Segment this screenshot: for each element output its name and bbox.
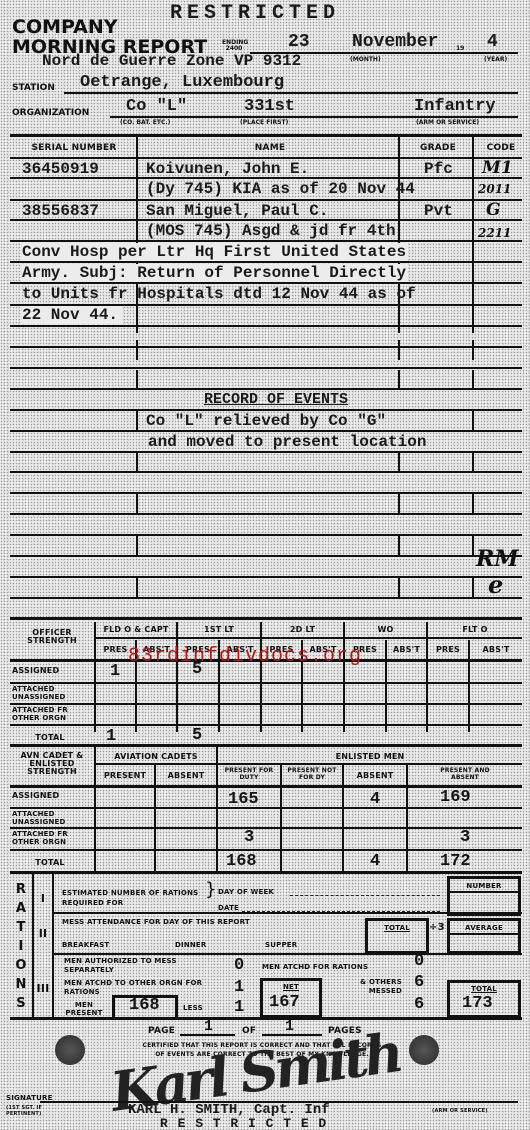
enlisted-total-total: 172 <box>440 852 471 871</box>
section-rule <box>10 871 522 874</box>
col-divider <box>472 494 474 514</box>
day-of-week-label: DAY OF WEEK <box>218 888 274 896</box>
average-box: AVERAGE <box>447 918 521 954</box>
row-rule <box>10 807 522 809</box>
row-rule <box>10 367 522 369</box>
group-rule <box>96 637 522 639</box>
side-letter: O <box>14 956 28 975</box>
col-divider <box>136 578 138 598</box>
company-value: Co "L" <box>126 97 187 116</box>
men-present-value: 168 <box>129 996 160 1015</box>
row-rule <box>10 703 522 705</box>
row-label-attached-unassigned: ATTACHED UNASSIGNED <box>12 810 88 826</box>
station-label: STATION <box>12 83 55 93</box>
officer-total-1stlt-pres: 5 <box>192 726 202 745</box>
number-label: NUMBER <box>450 882 518 890</box>
row-label-total: TOTAL <box>30 859 70 867</box>
col-divider <box>154 765 156 871</box>
ration-total-box: TOTAL 173 <box>447 980 521 1018</box>
box-rule <box>450 933 518 935</box>
col-divider <box>398 494 400 514</box>
code: 2211 <box>478 226 511 240</box>
watermark: 83rdinfdivdocs.org <box>128 645 362 668</box>
col-header-serial: SERIAL NUMBER <box>14 144 134 152</box>
form-title-line1: COMPANY <box>12 16 118 38</box>
less-label: LESS <box>183 1004 203 1012</box>
enlisted-attached-present-duty: 3 <box>244 828 254 847</box>
enlisted-total-present-duty: 168 <box>226 852 257 871</box>
signature-sub: (1ST SGT. IF PERTINENT) <box>6 1105 64 1117</box>
col-present-and-absent: PRESENT AND ABSENT <box>430 767 500 781</box>
row-rule <box>10 471 522 473</box>
section-iii-numeral: III <box>34 985 52 993</box>
col-divider <box>398 578 400 598</box>
plus-value: 6 <box>414 995 424 1014</box>
record-of-events-line: and moved to present location <box>148 433 426 451</box>
row-rule <box>10 682 522 684</box>
code: 2011 <box>478 182 511 196</box>
col-header-code: CODE <box>478 144 524 152</box>
total-box: TOTAL <box>365 918 429 954</box>
row-rule <box>10 388 522 390</box>
net-label: NET <box>263 983 319 991</box>
section-rule <box>10 617 522 620</box>
row-rule <box>10 409 522 411</box>
row-rule <box>10 261 522 263</box>
atchd-for-rations-value: 0 <box>414 952 424 971</box>
report-year: 4 <box>487 32 498 52</box>
row-rule <box>10 325 522 327</box>
handwritten-initials: RM <box>476 546 519 572</box>
col-divider <box>472 578 474 598</box>
mess-separately-label: MEN AUTHORIZED TO MESS SEPARATELY <box>64 957 214 975</box>
report-month: November <box>352 32 438 52</box>
col-divider <box>136 453 138 473</box>
arm-value: Infantry <box>414 97 496 116</box>
group-enlisted-men: ENLISTED MEN <box>218 753 522 761</box>
col-divider <box>136 494 138 514</box>
col-divider <box>398 453 400 473</box>
row-rule <box>10 724 522 726</box>
men-present-label: MEN PRESENT <box>60 1001 108 1017</box>
officer-group-2d-lt: 2D LT <box>262 626 343 634</box>
col-divider <box>94 747 96 871</box>
enlisted-strength-title: AVN CADET & ENLISTED STRENGTH <box>12 752 92 776</box>
breakfast-label: BREAKFAST <box>62 941 109 949</box>
row-rule <box>10 534 522 536</box>
enlisted-total-absent: 4 <box>370 852 380 871</box>
side-letter: N <box>14 975 28 994</box>
atchd-for-rations-label: MEN ATCHD FOR RATIONS <box>262 963 368 971</box>
less-value: 1 <box>234 998 244 1017</box>
col-absent: ABSENT <box>344 772 406 780</box>
side-letter: R <box>14 880 28 899</box>
punch-hole-left <box>55 1035 85 1065</box>
dinner-label: DINNER <box>175 941 207 949</box>
col-divider <box>280 765 282 871</box>
organization-label: ORGANIZATION <box>12 108 89 118</box>
remark: (MOS 745) Asgd & jd fr 4th <box>146 222 396 240</box>
station-value: Oetrange, Luxembourg <box>80 73 284 92</box>
signer-caption: (ARM OR SERVICE) <box>432 1107 488 1115</box>
of-label: OF <box>242 1027 256 1035</box>
col-header-name: NAME <box>140 144 400 152</box>
row-rule <box>10 451 522 453</box>
section-rule <box>10 744 522 747</box>
page-count: 1 <box>285 1018 294 1035</box>
col-present-not-for-dy: PRESENT NOT FOR DY <box>284 767 340 781</box>
side-letter: S <box>14 994 28 1013</box>
table-top-rule <box>10 134 522 137</box>
officer-group-1st-lt: 1ST LT <box>178 626 260 634</box>
col-absent: ABSENT <box>156 772 216 780</box>
ration-total-value: 173 <box>462 994 493 1013</box>
section-i-numeral: I <box>34 895 52 903</box>
page-label: PAGE <box>148 1027 175 1035</box>
officer-assigned-fld-pres: 1 <box>110 662 120 681</box>
grade: Pfc <box>424 160 453 178</box>
morning-report-page: RESTRICTED COMPANY MORNING REPORT ENDING… <box>0 0 530 1130</box>
record-of-events-title: RECORD OF EVENTS <box>204 391 348 408</box>
row-rule <box>10 849 522 851</box>
punch-hole-right <box>409 1035 439 1065</box>
row-label-assigned: ASSIGNED <box>12 667 72 675</box>
col-divider <box>472 370 474 390</box>
brace-icon: } <box>205 886 217 894</box>
row-label-attached-unassigned: ATTACHED UNASSIGNED <box>12 685 82 701</box>
row-rule <box>10 827 522 829</box>
col-divider <box>136 340 138 360</box>
day-of-week-field[interactable] <box>290 895 440 896</box>
section-ii-label: MESS ATTENDANCE FOR DAY OF THIS REPORT <box>62 918 250 926</box>
continuation-line: to Units fr Hospitals dtd 12 Nov 44 as o… <box>22 285 416 303</box>
row-rule <box>10 240 522 242</box>
row-label-attached-fr-other: ATTACHED FR OTHER ORGN <box>12 830 88 846</box>
col-divider <box>398 340 400 360</box>
serial-number: 38556837 <box>22 202 99 220</box>
row-rule <box>10 157 522 159</box>
col-divider <box>136 411 138 431</box>
year-caption: (YEAR) <box>484 57 507 63</box>
col-divider <box>136 536 138 556</box>
col-divider <box>472 340 474 360</box>
supper-label: SUPPER <box>265 941 297 949</box>
continuation-line: Conv Hosp per Ltr Hq First United States <box>22 243 408 261</box>
col-header-grade: GRADE <box>402 144 474 152</box>
grade: Pvt <box>424 202 453 220</box>
atchd-other-value: 1 <box>234 978 244 997</box>
row-rule <box>54 953 522 955</box>
row-rule <box>10 199 522 201</box>
code: M1 <box>482 158 513 178</box>
section-ii-numeral: II <box>34 930 52 938</box>
col-divider <box>216 747 218 871</box>
rations-side-label: R A T I O N S <box>14 880 28 1013</box>
report-day: 23 <box>288 32 310 52</box>
side-letter: T <box>14 918 28 937</box>
col-present: PRESENT <box>96 772 154 780</box>
year-prefix: 19 <box>456 46 464 52</box>
classification-footer: R E S T R I C T E D <box>160 1116 327 1130</box>
col-divider <box>398 370 400 390</box>
side-letter: I <box>14 937 28 956</box>
average-label: AVERAGE <box>450 924 518 932</box>
arm-caption: (ARM OR SERVICE) <box>416 120 479 126</box>
officer-group-flt-o: FLT O <box>428 626 522 634</box>
soldier-name: San Miguel, Paul C. <box>146 202 328 220</box>
record-of-events-line: Co "L" relieved by Co "G" <box>146 412 386 430</box>
col-divider <box>52 873 54 1018</box>
officer-group-wo: WO <box>345 626 426 634</box>
number-box: NUMBER <box>447 876 521 916</box>
regiment-caption: (PLACE FIRST) <box>240 120 288 126</box>
others-messed-value: 6 <box>414 973 424 992</box>
continuation-line: Army. Subj: Return of Personnel Directly <box>22 264 408 282</box>
continuation-line: 22 Nov 44. <box>22 306 122 324</box>
regiment-value: 331st <box>244 97 295 116</box>
row-rule <box>10 282 522 284</box>
remark: (Dy 745) KIA as of 20 Nov 44 <box>146 180 415 198</box>
row-rule <box>54 912 522 914</box>
row-rule <box>10 597 522 599</box>
row-label-attached-fr-other: ATTACHED FR OTHER ORGN <box>12 706 82 722</box>
serial-number: 36450919 <box>22 160 99 178</box>
row-rule <box>10 513 522 515</box>
col-present-for-duty: PRESENT FOR DUTY <box>222 767 276 781</box>
ration-total-label: TOTAL <box>450 985 518 993</box>
subcol-pres: PRES <box>428 646 468 654</box>
subcol-abst: ABS'T <box>387 646 426 654</box>
month-caption: (MONTH) <box>350 57 381 63</box>
box-rule <box>450 891 518 893</box>
col-divider <box>472 453 474 473</box>
row-label-total: TOTAL <box>30 734 70 742</box>
group-rule <box>96 763 522 765</box>
group-aviation-cadets: AVIATION CADETS <box>96 753 216 761</box>
others-messed-label: & OTHERS MESSED <box>330 978 402 996</box>
row-rule <box>10 492 522 494</box>
col-divider <box>398 536 400 556</box>
col-divider <box>472 536 474 556</box>
row-label-assigned: ASSIGNED <box>12 792 82 800</box>
col-divider <box>342 765 344 871</box>
col-divider <box>472 411 474 431</box>
total-label: TOTAL <box>368 924 426 932</box>
section-i-label: ESTIMATED NUMBER OF RATIONS REQUIRED FOR <box>62 888 202 908</box>
enlisted-attached-total: 3 <box>460 828 470 847</box>
ending-label: ENDING 2400 <box>222 40 246 52</box>
col-divider <box>136 370 138 390</box>
col-divider <box>406 765 408 871</box>
officer-group-fld-o-capt: FLD O & CAPT <box>96 626 176 634</box>
row-rule <box>10 430 522 432</box>
classification-header: RESTRICTED <box>170 2 340 25</box>
row-rule <box>10 555 522 557</box>
divide-by-three: ÷3 <box>429 924 445 932</box>
subcol-abst: ABS'T <box>470 646 522 654</box>
company-caption: (CO. BAT. ETC.) <box>120 120 170 126</box>
soldier-name: Koivunen, John E. <box>146 160 309 178</box>
date-label: DATE <box>218 904 239 912</box>
enlisted-assigned-total: 169 <box>440 788 471 807</box>
handwritten-initials-sub: e <box>488 570 503 599</box>
mess-separately-value: 0 <box>234 956 244 975</box>
page-number: 1 <box>204 1018 213 1035</box>
row-rule <box>10 346 522 348</box>
side-letter: A <box>14 899 28 918</box>
code: G <box>486 200 501 220</box>
row-rule <box>10 576 522 578</box>
location-line: Nord de Guerre Zone VP 9312 <box>42 52 301 70</box>
net-value: 167 <box>269 993 300 1012</box>
net-box: NET 167 <box>260 978 322 1018</box>
officer-strength-title: OFFICER STRENGTH <box>12 629 92 645</box>
